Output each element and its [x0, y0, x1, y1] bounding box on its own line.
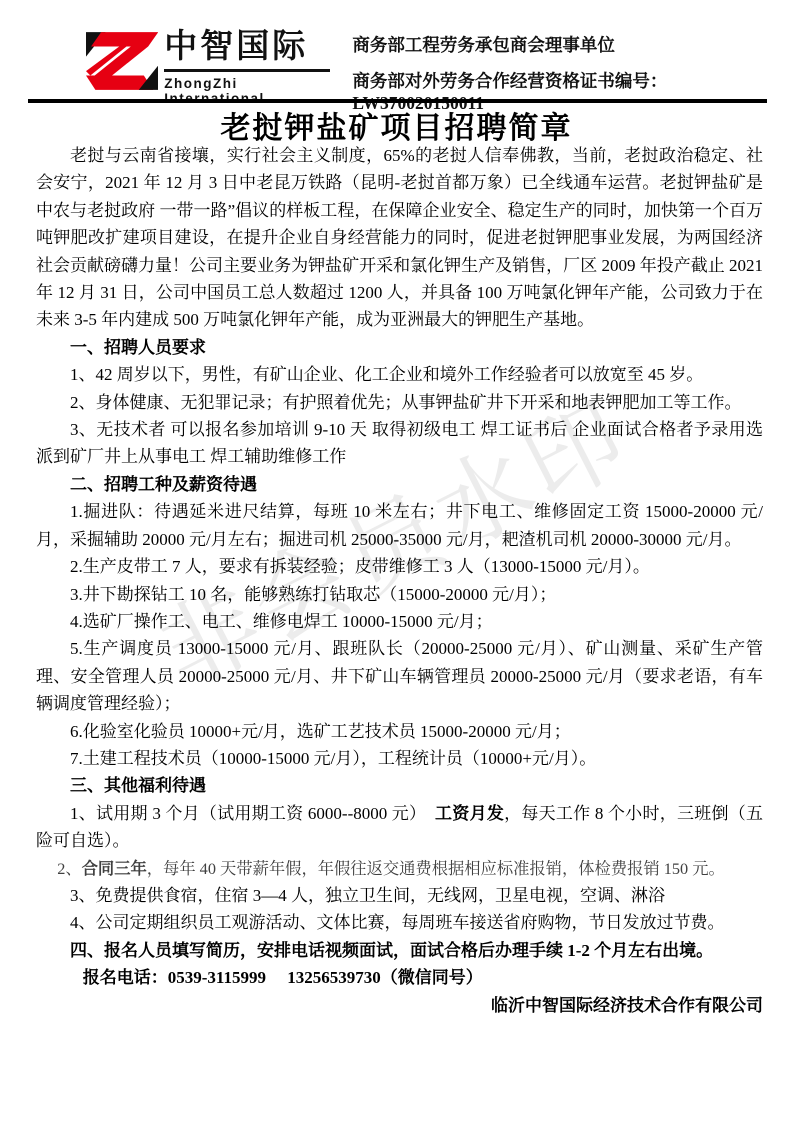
benefit-item-1-bold: 工资月发 — [435, 804, 504, 823]
benefit-item: 2、合同三年，每年 40 天带薪年假，年假往返交通费根据相应标准报销，体检费报销… — [36, 855, 763, 882]
section-3-heading: 三、其他福利待遇 — [36, 772, 763, 799]
intro-paragraph: 老挝与云南省接壤，实行社会主义制度，65%的老挝人信奉佛教，当前，老挝政治稳定、… — [36, 142, 763, 334]
requirement-item: 1、42 周岁以下，男性，有矿山企业、化工企业和境外工作经验者可以放宽至 45 … — [36, 361, 763, 388]
logo-text: 中智国际 ZhongZhi International — [164, 26, 330, 106]
section-2-heading: 二、招聘工种及薪资待遇 — [36, 471, 763, 498]
requirement-item: 2、身体健康、无犯罪记录；有护照着优先；从事钾盐矿井下开采和地表钾肥加工等工作。 — [36, 389, 763, 416]
company-signature: 临沂中智国际经济技术合作有限公司 — [36, 992, 763, 1019]
benefit-item: 1、试用期 3 个月（试用期工资 6000--8000 元） 工资月发，每天工作… — [36, 800, 763, 855]
section-4-heading: 四、报名人员填写简历，安排电话视频面试，面试合格后办理手续 1-2 个月左右出境… — [36, 937, 763, 964]
job-salary-item: 7.土建工程技术员（10000-15000 元/月），工程统计员（10000+元… — [36, 745, 763, 772]
logo-brand-cn: 中智国际 — [164, 26, 330, 72]
benefit-item-2-pre: 2、 — [57, 859, 81, 878]
document-body: 老挝与云南省接壤，实行社会主义制度，65%的老挝人信奉佛教，当前，老挝政治稳定、… — [36, 142, 763, 1019]
job-salary-item: 2.生产皮带工 7 人，要求有拆装经验；皮带维修工 3 人（13000-1500… — [36, 553, 763, 580]
contact-phone-line: 报名电话：0539-3115999 13256539730（微信同号） — [36, 964, 763, 991]
job-salary-item: 1.掘进队：待遇延米进尺结算，每班 10 米左右；井下电工、维修固定工资 150… — [36, 498, 763, 553]
document-page: 非会员水印 中智国际 ZhongZhi International 商务部工程劳… — [0, 0, 793, 1122]
job-salary-item: 4.选矿厂操作工、电工、维修电焊工 10000-15000 元/月； — [36, 608, 763, 635]
job-salary-item: 3.井下勘探钻工 10 名，能够熟练打钻取芯（15000-20000 元/月）； — [36, 581, 763, 608]
benefit-item: 4、公司定期组织员工观游活动、文体比赛，每周班车接送省府购物，节日发放过节费。 — [36, 909, 763, 936]
page-title: 老挝钾盐矿项目招聘简章 — [0, 103, 793, 147]
job-salary-item: 6.化验室化验员 10000+元/月，选矿工艺技术员 15000-20000 元… — [36, 718, 763, 745]
company-logo: 中智国际 ZhongZhi International — [86, 26, 330, 106]
benefit-item: 3、免费提供食宿，住宿 3—4 人，独立卫生间，无线网，卫星电视，空调、淋浴 — [36, 882, 763, 909]
benefit-item-1-pre: 1、试用期 3 个月（试用期工资 6000--8000 元） — [70, 804, 435, 823]
benefit-item-2-bold: 合同三年 — [82, 859, 147, 878]
header-divider-rule — [28, 99, 767, 103]
job-salary-item: 5.生产调度员 13000-15000 元/月、跟班队长（20000-25000… — [36, 635, 763, 717]
zhongzhi-z-icon — [86, 26, 158, 96]
header-certification-line-1: 商务部工程劳务承包商会理事单位 — [352, 32, 767, 57]
requirement-item: 3、无技术者 可以报名参加培训 9-10 天 取得初级电工 焊工证书后 企业面试… — [36, 416, 763, 471]
section-1-heading: 一、招聘人员要求 — [36, 334, 763, 361]
benefit-item-2-post: ，每年 40 天带薪年假，年假往返交通费根据相应标准报销，体检费报销 150 元… — [147, 859, 725, 878]
